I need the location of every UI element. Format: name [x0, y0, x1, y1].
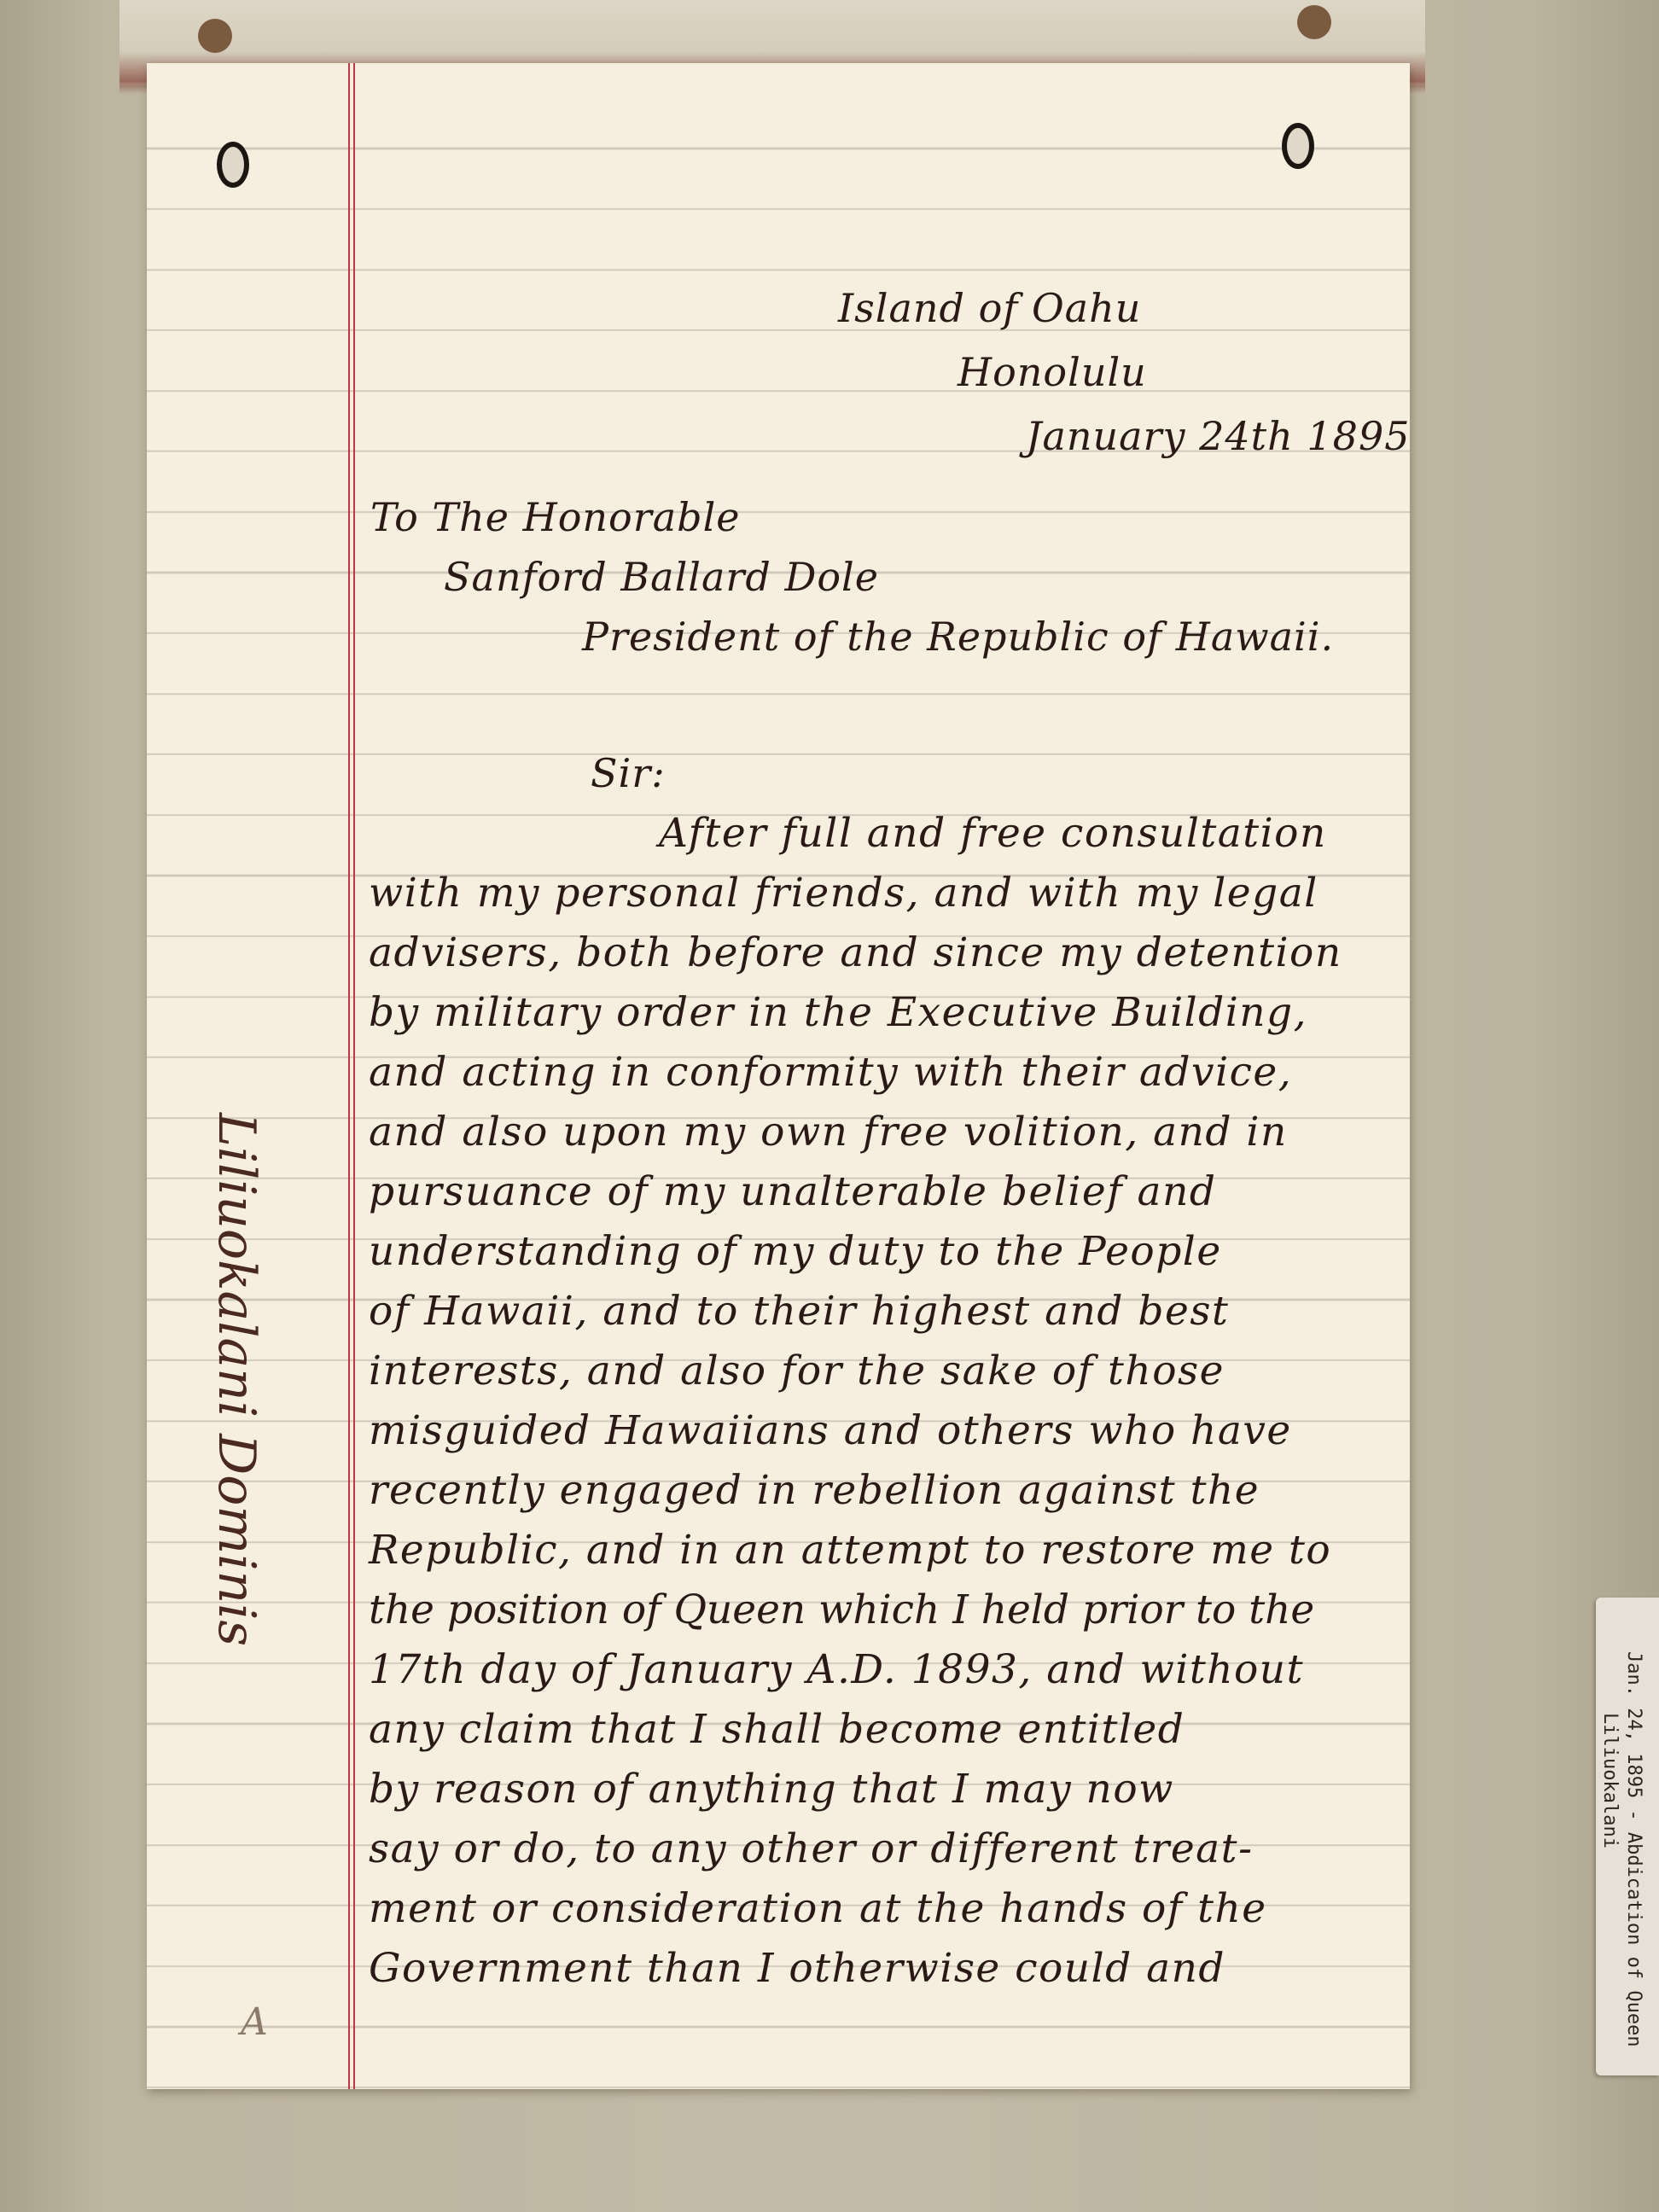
body-line: any claim that I shall become entitled — [369, 1706, 1185, 1753]
body-line: with my personal friends, and with my le… — [369, 870, 1318, 917]
archive-label-line2: Liliuokalani — [1598, 1651, 1621, 2047]
addressee-title: President of the Republic of Hawaii. — [582, 614, 1334, 660]
margin-signature: Liliuokalani Dominis — [207, 1113, 266, 1646]
punch-hole — [1282, 123, 1314, 169]
body-line: recently engaged in rebellion against th… — [369, 1467, 1260, 1514]
body-line: say or do, to any other or different tre… — [369, 1825, 1253, 1872]
body-line: and acting in conformity with their advi… — [369, 1049, 1292, 1096]
salutation-prefix: To The Honorable — [370, 494, 741, 540]
addressee-name: Sanford Ballard Dole — [444, 554, 879, 600]
body-line: Government than I otherwise could and — [369, 1945, 1225, 1992]
heading-city: Honolulu — [958, 349, 1147, 395]
heading-place: Island of Oahu — [838, 285, 1141, 331]
margin-rule — [353, 63, 355, 2089]
body-line: Republic, and in an attempt to restore m… — [369, 1527, 1331, 1574]
punch-hole — [217, 142, 249, 188]
body-line: by military order in the Executive Build… — [369, 989, 1307, 1036]
margin-rule — [348, 63, 350, 2089]
greeting: Sir: — [591, 750, 666, 796]
body-line: 17th day of January A.D. 1893, and witho… — [369, 1646, 1304, 1693]
back-sheet-hole — [1297, 5, 1331, 39]
letter-page: Island of Oahu Honolulu January 24th 189… — [147, 63, 1410, 2089]
body-line: pursuance of my unalterable belief and — [369, 1168, 1216, 1215]
body-line: advisers, both before and since my deten… — [369, 929, 1342, 976]
archive-label-text: Jan. 24, 1895 - Abdication of Queen Lili… — [1598, 1651, 1645, 2047]
body-line: of Hawaii, and to their highest and best — [369, 1288, 1229, 1335]
body-line: and also upon my own free volition, and … — [369, 1109, 1288, 1155]
heading-date: January 24th 1895 — [1026, 413, 1410, 459]
body-line: interests, and also for the sake of thos… — [369, 1348, 1225, 1394]
back-sheet-hole — [198, 19, 232, 53]
archive-label-line1: Jan. 24, 1895 - Abdication of Queen — [1621, 1651, 1645, 2047]
body-line: ment or consideration at the hands of th… — [369, 1885, 1267, 1932]
body-line: by reason of anything that I may now — [369, 1766, 1174, 1813]
body-line: understanding of my duty to the People — [369, 1228, 1222, 1275]
margin-mark: A — [241, 2000, 268, 2044]
body-line: After full and free consultation — [659, 810, 1327, 857]
body-line: the position of Queen which I held prior… — [369, 1586, 1314, 1633]
body-line: misguided Hawaiians and others who have — [369, 1407, 1292, 1454]
